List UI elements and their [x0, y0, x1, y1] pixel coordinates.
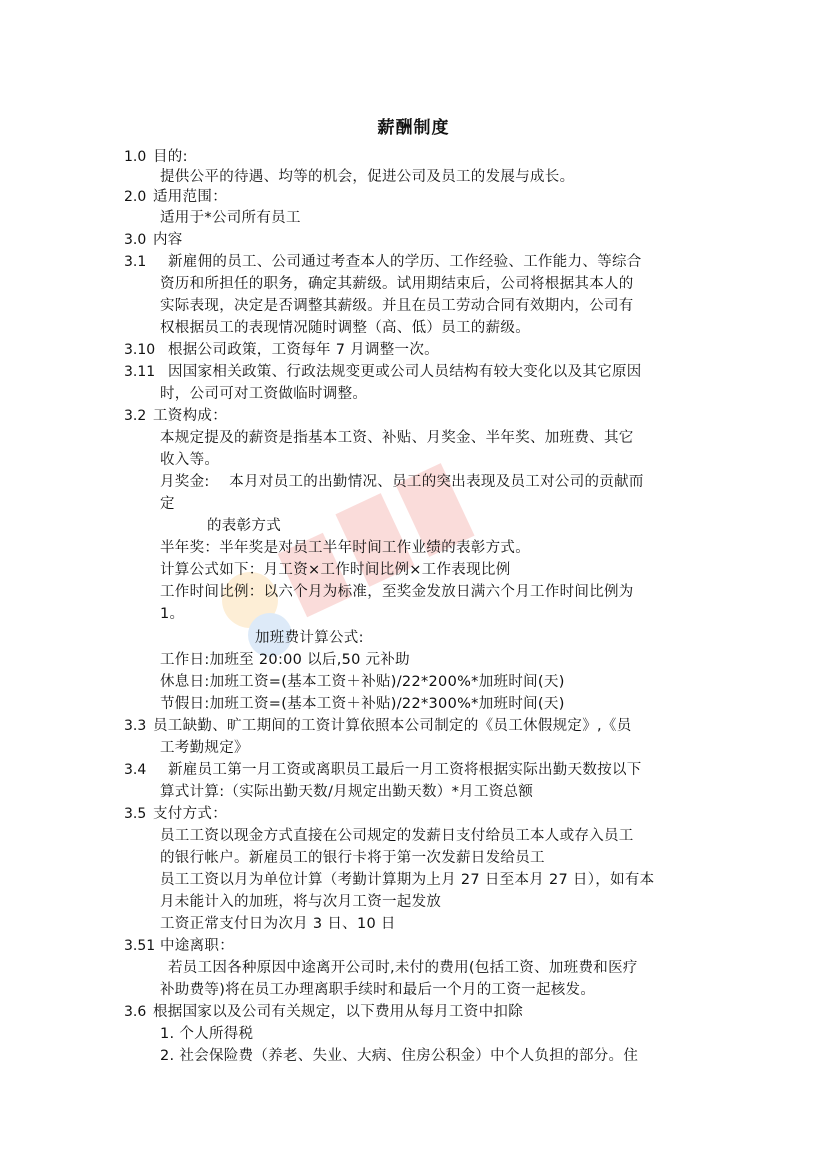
paragraph-line: 员工缺勤、旷工期间的工资计算依照本公司制定的《员工休假规定》,《员: [153, 716, 632, 737]
section-number: 3.1: [124, 252, 146, 273]
paragraph-line: 权根据员工的表现情况随时调整（高、低）员工的薪级。: [160, 318, 530, 339]
page-title: 薪酬制度: [0, 113, 827, 138]
paragraph-line: 本规定提及的薪资是指基本工资、补贴、月奖金、半年奖、加班费、其它: [160, 428, 634, 449]
section-heading: 目的:: [153, 147, 188, 168]
paragraph-line: 资历和所担任的职务，确定其薪级。试用期结束后，公司将根据其本人的: [160, 274, 634, 295]
paragraph-line: 实际表现，决定是否调整其薪级。并且在员工劳动合同有效期内，公司有: [160, 296, 634, 317]
paragraph-line: 工作时间比例：以六个月为标准，至奖金发放日满六个月工作时间比例为: [160, 582, 634, 603]
section-number: 1.0: [124, 147, 146, 168]
paragraph-line: 加班费计算公式:: [255, 628, 364, 649]
list-item: 1. 个人所得税: [160, 1024, 253, 1045]
paragraph-line: 时，公司可对工资做临时调整。: [160, 384, 367, 405]
section-heading: 支付方式：: [153, 804, 227, 825]
paragraph-line: 新雇员工第一月工资或离职员工最后一月工资将根据实际出勤天数按以下: [168, 760, 642, 781]
paragraph-line: 根据国家以及公司有关规定，以下费用从每月工资中扣除: [153, 1002, 523, 1023]
section-heading: 中途离职：: [160, 936, 234, 957]
section-heading: 内容: [153, 230, 183, 251]
paragraph-line: 因国家相关政策、行政法规变更或公司人员结构有较大变化以及其它原因: [168, 362, 642, 383]
paragraph-line: 工作日:加班至 20:00 以后,50 元补助: [160, 650, 410, 671]
document-page: 薪酬制度 1.0 目的: 提供公平的待遇、均等的机会，促进公司及员工的发展与成长…: [0, 0, 827, 1169]
paragraph-line: 工资正常支付日为次月 3 日、10 日: [160, 914, 396, 935]
paragraph-line: 工考勤规定》: [160, 738, 249, 759]
paragraph-line: 根据公司政策，工资每年 7 月调整一次。: [168, 340, 439, 361]
section-number: 3.51: [124, 936, 155, 957]
section-number: 3.6: [124, 1002, 146, 1023]
paragraph-line: 提供公平的待遇、均等的机会，促进公司及员工的发展与成长。: [160, 167, 574, 188]
section-number: 3.5: [124, 804, 146, 825]
paragraph-line: 员工工资以现金方式直接在公司规定的发薪日支付给员工本人或存入员工: [160, 826, 634, 847]
paragraph-line: 新雇佣的员工、公司通过考查本人的学历、工作经验、工作能力、等综合: [168, 252, 642, 273]
section-number: 3.2: [124, 406, 146, 427]
paragraph-line: 计算公式如下：月工资×工作时间比例×工作表现比例: [160, 560, 511, 581]
paragraph-line: 月未能计入的加班，将与次月工资一起发放: [160, 892, 441, 913]
paragraph-line: 月奖金: 本月对员工的出勤情况、员工的突出表现及员工对公司的贡献而: [160, 472, 644, 493]
paragraph-line: 1。: [160, 604, 184, 625]
section-number: 2.0: [124, 187, 146, 208]
paragraph-line: 算式计算:（实际出勤天数/月规定出勤天数）*月工资总额: [160, 782, 533, 803]
paragraph-line: 收入等。: [160, 450, 219, 471]
paragraph-line: 若员工因各种原因中途离开公司时,未付的费用(包括工资、加班费和医疗: [168, 958, 638, 979]
paragraph-line: 的表彰方式: [207, 516, 281, 537]
section-heading: 工资构成：: [153, 406, 227, 427]
section-number: 3.3: [124, 716, 146, 737]
paragraph-line: 补助费等)将在员工办理离职手续时和最后一个月的工资一起核发。: [160, 980, 595, 1001]
section-number: 3.4: [124, 760, 146, 781]
paragraph-line: 节假日:加班工资=(基本工资＋补贴)/22*300%*加班时间(天): [160, 694, 565, 715]
list-item: 2. 社会保险费（养老、失业、大病、住房公积金）中个人负担的部分。住: [160, 1046, 638, 1067]
paragraph-line: 休息日:加班工资=(基本工资＋补贴)/22*200%*加班时间(天): [160, 672, 565, 693]
section-heading: 适用范围：: [153, 187, 227, 208]
paragraph-line: 的银行帐户。新雇员工的银行卡将于第一次发薪日发给员工: [160, 848, 545, 869]
paragraph-line: 定: [160, 494, 175, 515]
section-number: 3.10: [124, 340, 155, 361]
section-number: 3.0: [124, 230, 146, 251]
paragraph-line: 适用于*公司所有员工: [160, 208, 301, 229]
paragraph-line: 半年奖：半年奖是对员工半年时间工作业绩的表彰方式。: [160, 538, 530, 559]
paragraph-line: 员工工资以月为单位计算（考勤计算期为上月 27 日至本月 27 日），如有本: [160, 870, 655, 891]
section-number: 3.11: [124, 362, 155, 383]
